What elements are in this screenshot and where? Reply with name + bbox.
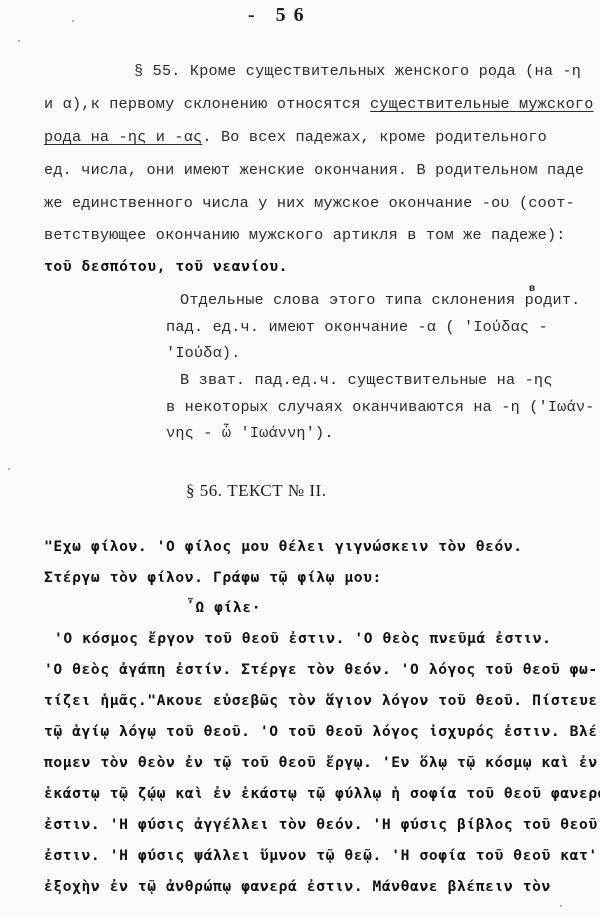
- text-line: Отдельные слова этого типа склонения род…: [180, 291, 581, 309]
- greek-salutation: ῏Ω φίλε·: [186, 599, 261, 616]
- text-fragment: . Во всех падежах, кроме родительного: [202, 128, 547, 146]
- section-56-heading: § 56. ТЕКСТ № II.: [186, 481, 326, 501]
- page-number: - 56: [248, 4, 312, 27]
- text-line: пад. ед.ч. имеют окончание -α ( 'Ιούδας …: [166, 318, 548, 336]
- scan-speck: [18, 40, 20, 42]
- text-line: и α),к первому склонению относятся сущес…: [44, 95, 594, 113]
- greek-text-line: ἐστιν. 'Η φύσις ἀγγέλλει τὸν θεόν. 'Η φύ…: [44, 816, 598, 833]
- text-line: в некоторых случаях оканчиваются на -η (…: [166, 398, 594, 416]
- text-line: рода на -ης и -ας. Во всех падежах, кром…: [44, 128, 547, 146]
- text-line: νης - ὦ 'Ιωάννη').: [166, 424, 334, 442]
- underlined-term: существительные мужского: [370, 95, 594, 113]
- greek-text-line: Στέργω τὸν φίλον. Γράφω τῷ φίλῳ μου:: [44, 569, 382, 586]
- greek-text-line: ἐστιν. 'Η φύσις ψάλλει ὕμνον τῷ θεῷ. 'Η …: [44, 847, 598, 864]
- greek-text-line: "Εχω φίλον. 'Ο φίλος μου θέλει γιγνώσκει…: [44, 538, 523, 555]
- text-line: же единственного числа у них мужское око…: [44, 194, 575, 212]
- text-line: § 55. Кроме существительных женского род…: [134, 62, 581, 80]
- text-fragment: и α),к первому склонению относятся: [44, 95, 370, 113]
- text-line: В зват. пад.ед.ч. существительные на -ης: [180, 371, 553, 389]
- scan-speck: [72, 20, 74, 22]
- text-line: ветствующее окончанию мужского артикля в…: [44, 226, 566, 244]
- text-line: 'Ιούδα).: [166, 344, 241, 362]
- scan-speck: [8, 468, 10, 470]
- greek-text-line: τῷ ἁγίῳ λόγῳ τοῦ θεοῦ. 'Ο τοῦ θεοῦ λόγος…: [44, 723, 600, 740]
- underlined-term: рода на -ης и -ας: [44, 128, 202, 146]
- scan-speck: [560, 905, 562, 907]
- greek-text-line: 'Ο θεὸς ἀγάπη ἐστίν. Στέργε τὸν θεόν. 'Ο…: [44, 661, 598, 678]
- document-page: - 56 § 55. Кроме существительных женског…: [0, 0, 600, 918]
- greek-example-line: τοῦ δεσπότου, τοῦ νεανίου.: [44, 258, 288, 275]
- text-line: ед. числа, они имеют женские окончания. …: [44, 161, 584, 179]
- greek-text-line: ἐξοχὴν ἐν τῷ ἀνθρώπῳ φανερά ἐστιν. Μάνθα…: [44, 878, 551, 895]
- greek-text-line: 'Ο κόσμος ἔργον τοῦ θεοῦ ἐστιν. 'Ο θεὸς …: [54, 630, 551, 647]
- greek-text-line: πομεν τὸν θεὸν ἐν τῷ τοῦ θεοῦ ἔργῳ. 'Εν …: [44, 754, 598, 771]
- greek-text-line: ἑκάστῳ τῷ ζῴῳ καὶ ἐν ἑκάστῳ τῷ φύλλῳ ἡ σ…: [44, 785, 600, 802]
- greek-text-line: τίζει ἡμᾶς."Ακουε εὐσεβῶς τὸν ἅγιον λόγο…: [44, 692, 598, 709]
